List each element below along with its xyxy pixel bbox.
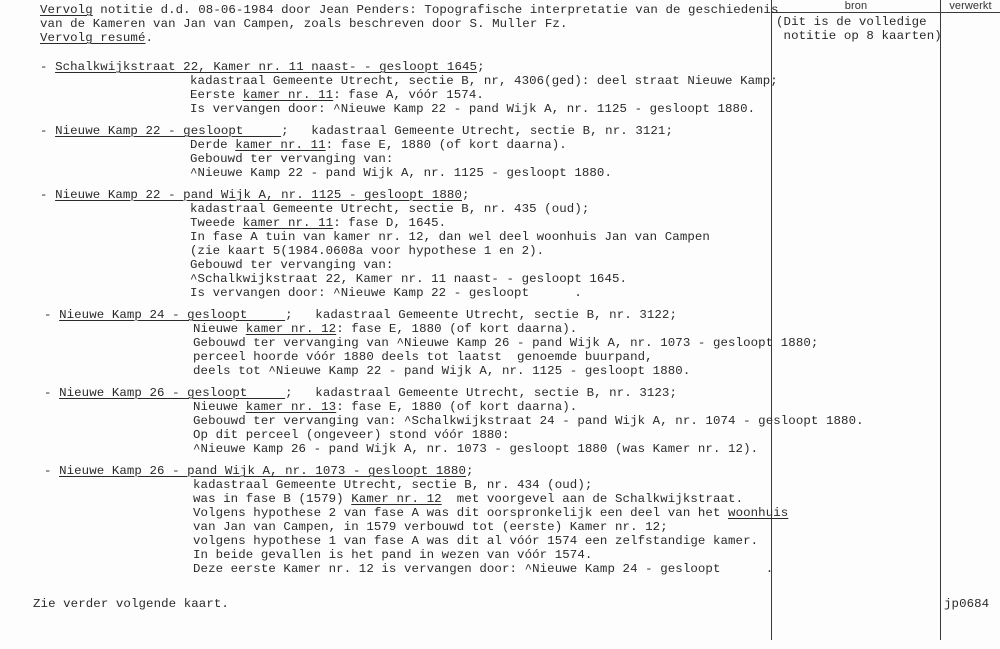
entry-line: perceel hoorde vóór 1880 deels tot laats… [193, 350, 653, 364]
entry-line: Eerste kamer nr. 11: fase A, vóór 1574. [190, 88, 484, 102]
entry-line: kadastraal Gemeente Utrecht, sectie B, n… [193, 478, 592, 492]
entry-line: Nieuwe kamer nr. 12: fase E, 1880 (of ko… [193, 322, 577, 336]
entry-line: Is vervangen door: ^Nieuwe Kamp 22 - ges… [190, 286, 582, 300]
header-line-1: Vervolg notitie d.d. 08-06-1984 door Jea… [40, 3, 779, 17]
card-code: jp0684 [944, 597, 989, 611]
entry-line: Deze eerste Kamer nr. 12 is vervangen do… [193, 562, 773, 576]
entry-line: van Jan van Campen, in 1579 verbouwd tot… [193, 520, 668, 534]
entry-line: Derde kamer nr. 11: fase E, 1880 (of kor… [190, 138, 567, 152]
entry-line: In fase A tuin van kamer nr. 12, dan wel… [190, 230, 710, 244]
entry-line: kadastraal Gemeente Utrecht, sectie B, n… [190, 202, 589, 216]
header-resume: Vervolg resumé [40, 31, 146, 45]
entry-line: ^Schalkwijkstraat 22, Kamer nr. 11 naast… [190, 272, 627, 286]
bron-column-left-rule [771, 0, 772, 640]
entry-line: Gebouwd ter vervanging van ^Nieuwe Kamp … [193, 336, 818, 350]
entry-line: ^Nieuwe Kamp 22 - pand Wijk A, nr. 1125 … [190, 166, 612, 180]
continuation-note: Zie verder volgende kaart. [33, 597, 229, 611]
entry-line: Is vervangen door: ^Nieuwe Kamp 22 - pan… [190, 102, 755, 116]
archive-card: bron verwerkt (Dit is de volledige notit… [0, 0, 1000, 649]
header-line-3: Vervolg resumé. [40, 31, 153, 45]
bron-note-line-2: notitie op 8 kaarten) [776, 29, 942, 43]
bron-note-line-1: (Dit is de volledige [776, 15, 927, 29]
header-line-2: van de Kameren van Jan van Campen, zoals… [40, 17, 568, 31]
entry-line: Nieuwe kamer nr. 13: fase E, 1880 (of ko… [193, 400, 577, 414]
entry-line: Gebouwd ter vervanging van: [190, 152, 393, 166]
bron-column-label: bron [772, 0, 940, 12]
entry-line: Volgens hypothese 2 van fase A was dit o… [193, 506, 788, 520]
verwerkt-column-left-rule [940, 0, 941, 640]
entry-title: - Nieuwe Kamp 24 - gesloopt ; kadastraal… [44, 308, 677, 322]
entry-line: Op dit perceel (ongeveer) stond vóór 188… [193, 428, 510, 442]
entry-line: deels tot ^Nieuwe Kamp 22 - pand Wijk A,… [193, 364, 690, 378]
entry-line: Gebouwd ter vervanging van: ^Schalkwijks… [193, 414, 864, 428]
column-header-rule [771, 12, 1000, 13]
header-vervolg: Vervolg [40, 3, 93, 17]
entry-line: Gebouwd ter vervanging van: [190, 258, 393, 272]
entry-title: - Nieuwe Kamp 22 - pand Wijk A, nr. 1125… [40, 188, 470, 202]
entry-title: - Nieuwe Kamp 26 - pand Wijk A, nr. 1073… [44, 464, 474, 478]
entry-line: Tweede kamer nr. 11: fase D, 1645. [190, 216, 446, 230]
entry-line: In beide gevallen is het pand in wezen v… [193, 548, 592, 562]
entry-line: kadastraal Gemeente Utrecht, sectie B, n… [190, 74, 778, 88]
entry-line: volgens hypothese 1 van fase A was dit a… [193, 534, 758, 548]
entry-line: was in fase B (1579) Kamer nr. 12 met vo… [193, 492, 743, 506]
entry-title: - Schalkwijkstraat 22, Kamer nr. 11 naas… [40, 60, 485, 74]
verwerkt-column-label: verwerkt [941, 0, 1000, 12]
entry-title: - Nieuwe Kamp 22 - gesloopt ; kadastraal… [40, 124, 673, 138]
entry-line: ^Nieuwe Kamp 26 - pand Wijk A, nr. 1073 … [193, 442, 758, 456]
entry-title: - Nieuwe Kamp 26 - gesloopt ; kadastraal… [44, 386, 677, 400]
entry-line: (zie kaart 5(1984.0608a voor hypothese 1… [190, 244, 544, 258]
